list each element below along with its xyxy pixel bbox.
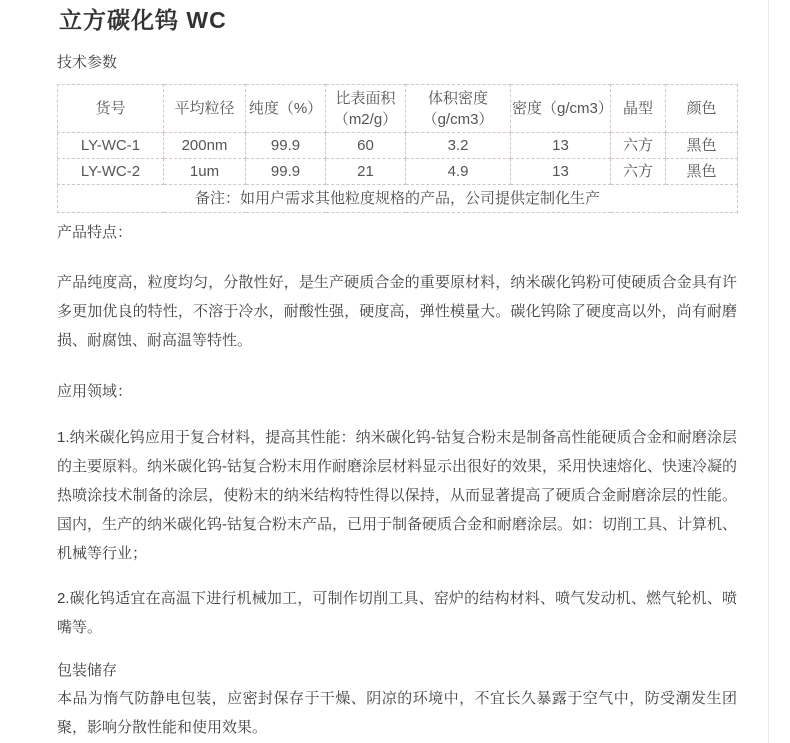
applications-item-1: 1.纳米碳化钨应用于复合材料，提高其性能：纳米碳化钨-钴复合粉末是制备高性能硬质… (57, 423, 737, 568)
table-note-row: 备注：如用户需求其他粒度规格的产品，公司提供定制化生产 (58, 185, 738, 213)
tech-params-heading: 技术参数 (57, 50, 735, 76)
features-heading: 产品特点： (57, 220, 735, 246)
cell-density: 13 (511, 159, 611, 185)
features-body: 产品纯度高，粒度均匀，分散性好，是生产硬质合金的重要原材料，纳米碳化钨粉可使硬质… (57, 268, 737, 355)
col-header-specific-surface-area: 比表面积 （m2/g） (326, 85, 406, 133)
cell-avg-particle-size: 200nm (164, 133, 246, 159)
col-header-purity: 纯度（%） (246, 85, 326, 133)
cell-bulk-density: 3.2 (406, 133, 511, 159)
table-row: LY-WC-1 200nm 99.9 60 3.2 13 六方 黑色 (58, 133, 738, 159)
cell-bulk-density: 4.9 (406, 159, 511, 185)
cell-color: 黑色 (666, 159, 738, 185)
col-header-bulk-density: 体积密度 （g/cm3） (406, 85, 511, 133)
storage-body: 本品为惰气防静电包装，应密封保存于干燥、阴凉的环境中，不宜长久暴露于空气中，防受… (57, 684, 737, 742)
cell-item-no: LY-WC-1 (58, 133, 164, 159)
cell-crystal-form: 六方 (611, 159, 666, 185)
cell-color: 黑色 (666, 133, 738, 159)
product-detail-page: 立方碳化钨 WC 技术参数 货号 平均粒径 纯度（%） 比表面积 （m2/g） (0, 0, 790, 743)
storage-heading: 包装储存 (57, 658, 735, 684)
applications-heading: 应用领域： (57, 379, 735, 405)
content-area: 立方碳化钨 WC 技术参数 货号 平均粒径 纯度（%） 比表面积 （m2/g） (0, 0, 790, 742)
cell-purity: 99.9 (246, 159, 326, 185)
cell-purity: 99.9 (246, 133, 326, 159)
col-header-item-no: 货号 (58, 85, 164, 133)
table-note: 备注：如用户需求其他粒度规格的产品，公司提供定制化生产 (58, 185, 738, 213)
col-header-color: 颜色 (666, 85, 738, 133)
cell-item-no: LY-WC-2 (58, 159, 164, 185)
col-header-crystal-form: 晶型 (611, 85, 666, 133)
cell-specific-surface-area: 60 (326, 133, 406, 159)
spec-table: 货号 平均粒径 纯度（%） 比表面积 （m2/g） 体积密度 （g/cm3） 密… (57, 84, 738, 213)
col-header-density: 密度（g/cm3） (511, 85, 611, 133)
cell-specific-surface-area: 21 (326, 159, 406, 185)
cell-crystal-form: 六方 (611, 133, 666, 159)
page-title: 立方碳化钨 WC (59, 6, 735, 34)
cell-density: 13 (511, 133, 611, 159)
content-right-divider (768, 0, 769, 743)
cell-avg-particle-size: 1um (164, 159, 246, 185)
applications-item-2: 2.碳化钨适宜在高温下进行机械加工，可制作切削工具、窑炉的结构材料、喷气发动机、… (57, 584, 737, 642)
col-header-avg-particle-size: 平均粒径 (164, 85, 246, 133)
spec-table-header-row: 货号 平均粒径 纯度（%） 比表面积 （m2/g） 体积密度 （g/cm3） 密… (58, 85, 738, 133)
table-row: LY-WC-2 1um 99.9 21 4.9 13 六方 黑色 (58, 159, 738, 185)
